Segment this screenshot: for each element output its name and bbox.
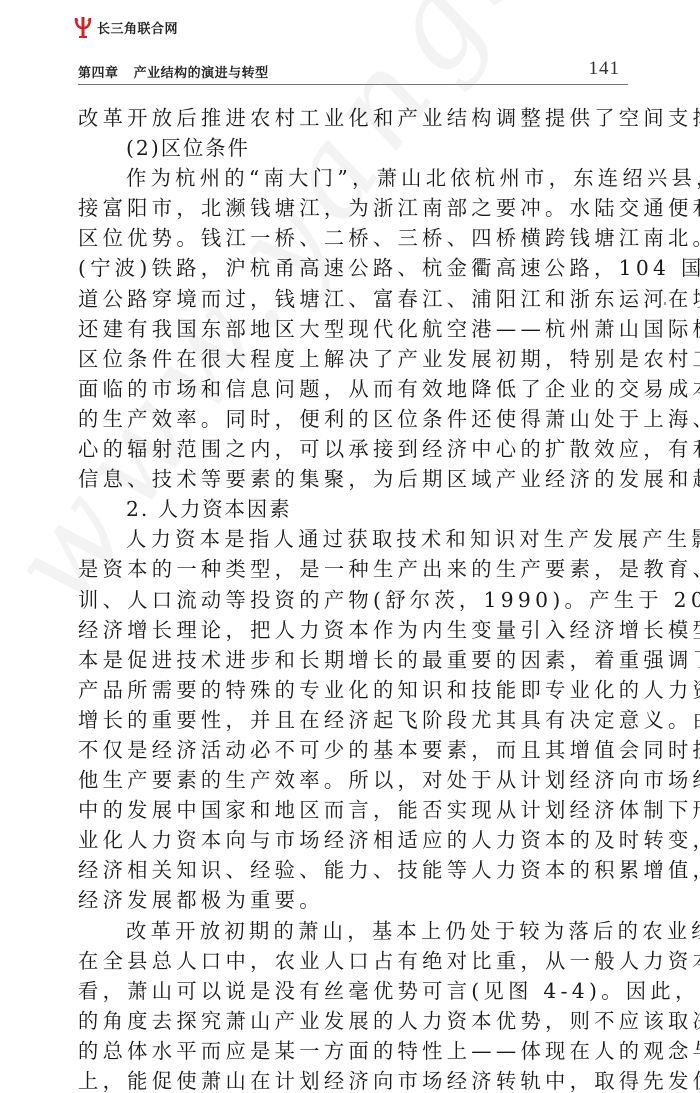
text-line: 区位条件在很大程度上解决了产业发展初期，特别是农村工业化阶段所 <box>78 344 624 374</box>
text-line: 改革开放后推进农村工业化和产业结构调整提供了空间支撑与保障。 <box>78 103 624 133</box>
text-line: 接富阳市，北濒钱塘江，为浙江南部之要冲。水陆交通便利，具有明显的 <box>78 193 624 223</box>
text-line: 中的发展中国家和地区而言，能否实现从计划经济体制下形成的高度专 <box>78 795 624 825</box>
running-header: 第四章 产业结构的演进与转型 141 <box>78 58 628 85</box>
section-heading-human-capital: 2. 人力资本因素 <box>78 494 624 524</box>
text-line: 业化人力资本向与市场经济相适应的人力资本的及时转变，加快与市场 <box>78 825 624 855</box>
text-line: 不仅是经济活动必不可少的基本要素，而且其增值会同时提高自身及其 <box>78 735 624 765</box>
scan-speck <box>664 302 666 305</box>
section-heading-location: (2)区位条件 <box>78 133 624 163</box>
body-text: 改革开放后推进农村工业化和产业结构调整提供了空间支撑与保障。 (2)区位条件 作… <box>78 103 624 1093</box>
text-line: (宁波)铁路，沪杭甬高速公路、杭金衢高速公路，104 国道、19 省道、03 省 <box>78 253 624 283</box>
text-line: 上，能促使萧山在计划经济向市场经济转轨中，取得先发优势的人力资本 <box>78 1066 624 1093</box>
text-line: 改革开放初期的萧山，基本上仍处于较为落后的农业经济社会阶段。 <box>78 916 624 946</box>
logo-text: 长三角联合网 <box>97 18 178 37</box>
page-number: 141 <box>589 58 621 80</box>
text-line: 的角度去探究萧山产业发展的人力资本优势，则不应该取决于人力资本 <box>78 1006 624 1036</box>
text-line: 在全县总人口中，农业人口占有绝对比重，从一般人力资本积累的角度来 <box>78 946 624 976</box>
text-line: 本是促进技术进步和长期增长的最重要的因素，着重强调了对生产某种 <box>78 645 624 675</box>
text-line: 作为杭州的“南大门”，萧山北依杭州市，东连绍兴县，南临诸暨市，西 <box>78 163 624 193</box>
text-line: 经济增长理论，把人力资本作为内生变量引入经济增长模型，认为人力资 <box>78 615 624 645</box>
text-line: 看，萧山可以说是没有丝毫优势可言(见图 4-4)。因此，如果从一般意义 <box>78 976 624 1006</box>
text-line: 还建有我国东部地区大型现代化航空港——杭州萧山国际机场。便利的 <box>78 314 624 344</box>
text-line: 产品所需要的特殊的专业化的知识和技能即专业化的人力资本对于经济 <box>78 675 624 705</box>
text-line: 是资本的一种类型，是一种生产出来的生产要素，是教育、保健、技能培 <box>78 554 624 584</box>
text-line: 的总体水平而应是某一方面的特性上——体现在人的观念与行为理念 <box>78 1036 624 1066</box>
text-line: 他生产要素的生产效率。所以，对处于从计划经济向市场经济转轨过程 <box>78 765 624 795</box>
text-line: 的生产效率。同时，便利的区位条件还使得萧山处于上海、杭州等经济中 <box>78 404 624 434</box>
text-line: 经济发展都极为重要。 <box>78 885 624 915</box>
text-line: 心的辐射范围之内，可以承接到经济中心的扩散效应，有利于人才、资金、 <box>78 434 624 464</box>
text-line: 训、人口流动等投资的产物(舒尔茨，1990)。产生于 20 世纪 80 年代的新 <box>78 585 624 615</box>
text-line: 道公路穿境而过，钱塘江、富春江、浦阳江和浙东运河在境内汇流。区内 <box>78 284 624 314</box>
text-line: 信息、技术等要素的集聚，为后期区域产业经济的发展和起飞创造了条件。 <box>78 464 624 494</box>
text-line: 面临的市场和信息问题，从而有效地降低了企业的交易成本，提高了企业 <box>78 374 624 404</box>
text-line: 人力资本是指人通过获取技术和知识对生产发展产生影响的能力， <box>78 524 624 554</box>
text-line: 经济相关知识、经验、能力、技能等人力资本的积累增值，对市场化改革和 <box>78 855 624 885</box>
text-line: 增长的重要性，并且在经济起飞阶段尤其具有决定意义。由于人类资本 <box>78 705 624 735</box>
chapter-title: 第四章 产业结构的演进与转型 <box>78 62 269 81</box>
psi-trident-logo-icon <box>74 15 92 39</box>
site-logo: 长三角联合网 <box>74 14 178 40</box>
text-line: 区位优势。钱江一桥、二桥、三桥、四桥横跨钱塘江南北。浙赣、萧(山)甬 <box>78 223 624 253</box>
